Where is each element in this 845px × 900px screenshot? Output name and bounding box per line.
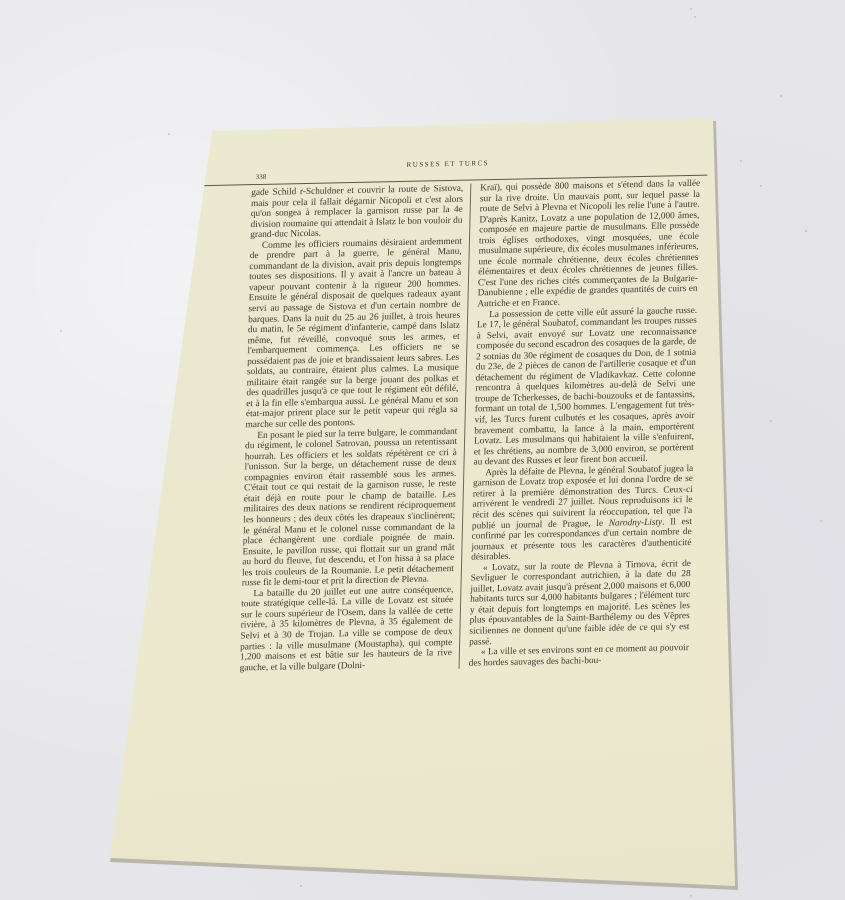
paragraph: Kraï), qui possède 800 maisons et s'éten… <box>477 179 700 310</box>
page-content: 338 RUSSES ET TURCS gade Schild r-Schuld… <box>172 153 708 824</box>
running-title: RUSSES ET TURCS <box>188 155 708 174</box>
paragraph: En posant le pied sur la terre bulgare, … <box>242 426 458 589</box>
paragraph: « Lovatz, sur la route de Plevna à Tirno… <box>469 559 691 648</box>
paragraph: La possession de cette ville eût assuré … <box>473 305 697 468</box>
right-column: Kraï), qui possède 800 maisons et s'éten… <box>459 179 700 669</box>
paragraph: gade Schild r-Schuldner et couvrir la ro… <box>250 184 463 241</box>
left-column: gade Schild r-Schuldner et couvrir la ro… <box>240 184 472 674</box>
page-number: 338 <box>256 173 267 181</box>
paragraph: Comme les officiers roumains désiraient … <box>245 236 462 430</box>
paragraph: La bataille du 20 juillet eut une autre … <box>240 585 454 674</box>
paragraph: « La ville et ses environs sont en ce mo… <box>468 643 688 669</box>
newspaper-title: Narodny-Listy <box>609 517 663 528</box>
printed-page: 338 RUSSES ET TURCS gade Schild r-Schuld… <box>0 0 845 900</box>
text-columns: gade Schild r-Schuldner et couvrir la ro… <box>176 179 708 675</box>
paragraph: Après la défaite de Plevna, le général S… <box>471 464 693 564</box>
